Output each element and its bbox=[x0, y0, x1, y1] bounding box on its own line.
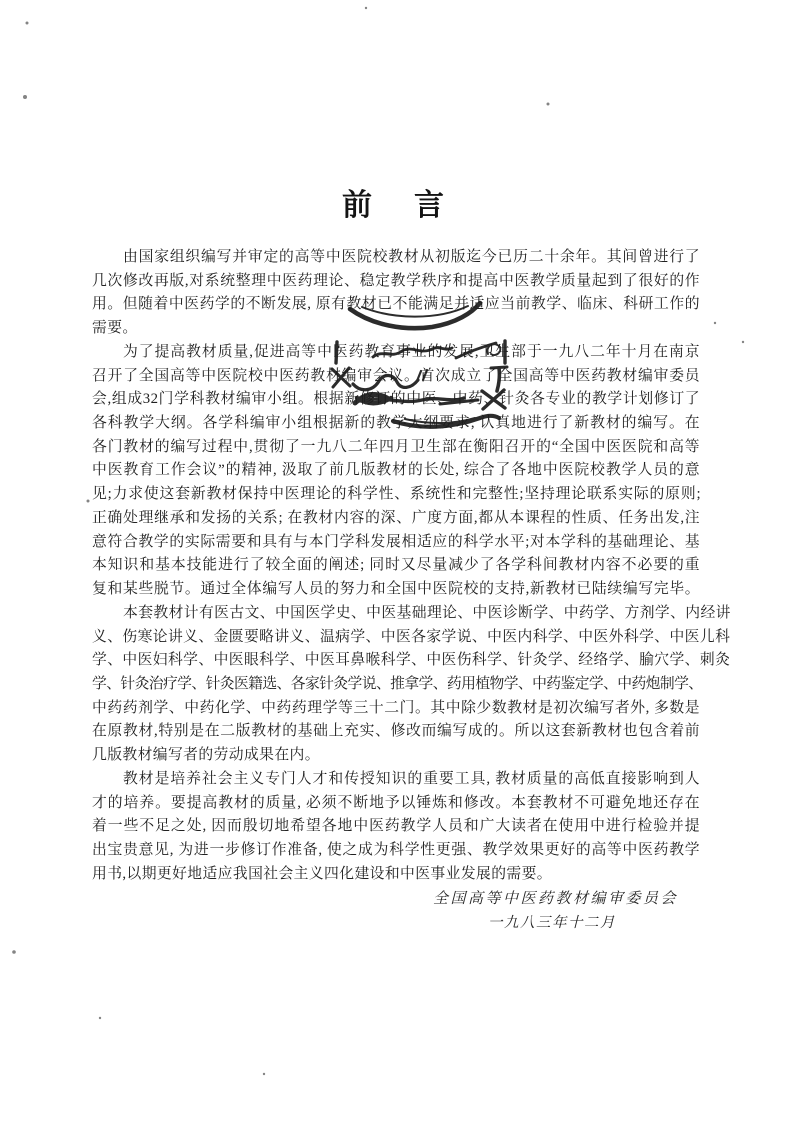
text-line: 为了提高教材质量,促进高等中医药教育事业的发展,卫生部于一九八二年十月在南京 bbox=[92, 341, 700, 365]
paragraph-2: 为了提高教材质量,促进高等中医药教育事业的发展,卫生部于一九八二年十月在南京 召… bbox=[92, 341, 700, 602]
page-title: 前 言 bbox=[92, 188, 700, 224]
text-line: 正确处理继承和发扬的关系; 在教材内容的深、广度方面,都从本课程的性质、任务出发… bbox=[92, 507, 700, 531]
text-line: 需要。 bbox=[92, 317, 700, 341]
text-column: 前 言 由国家组织编写并审定的高等中医院校教材从初版迄今已历二十余年。其间曾进行… bbox=[92, 188, 700, 935]
paragraph-4: 教材是培养社会主义专门人才和传授知识的重要工具, 教材质量的高低直接影响到人 才… bbox=[92, 768, 700, 887]
text-line: 着一些不足之处, 因而殷切地希望各地中医药教学人员和广大读者在使用中进行检验并提 bbox=[92, 815, 700, 839]
text-line: 几次修改再版,对系统整理中医药理论、稳定教学秩序和提高中医教学质量起到了很好的作 bbox=[92, 270, 700, 294]
text-line: 本套教材计有医古文、中国医学史、中医基础理论、中医诊断学、中药学、方剂学、内经讲 bbox=[92, 602, 700, 626]
text-line: 几版教材编写者的劳动成果在内。 bbox=[92, 744, 700, 768]
text-line: 在原教材,特别是在二版教材的基础上充实、修改而编写成的。所以这套新教材也包含着前 bbox=[92, 720, 700, 744]
text-line: 用。但随着中医药学的不断发展, 原有教材已不能满足并适应当前教学、临床、科研工作… bbox=[92, 293, 700, 317]
text-line: 各科教学大纲。各学科编审小组根据新的教学大纲要求, 认真地进行了新教材的编写。在 bbox=[92, 412, 700, 436]
text-line: 本知识和基本技能进行了较全面的阐述; 同时又尽量减少了各学科间教材内容不必要的重 bbox=[92, 554, 700, 578]
text-line: 见;力求使这套新教材保持中医理论的科学性、系统性和完整性;坚持理论联系实际的原则… bbox=[92, 483, 700, 507]
text-line: 才的培养。要提高教材的质量, 必须不断地予以锤炼和修改。本套教材不可避免地还存在 bbox=[92, 792, 700, 816]
signature-date: 一九八三年十二月 bbox=[92, 911, 700, 935]
paragraph-1: 由国家组织编写并审定的高等中医院校教材从初版迄今已历二十余年。其间曾进行了 几次… bbox=[92, 246, 700, 341]
text-line: 学、中医妇科学、中医眼科学、中医耳鼻喉科学、中医伤科学、针灸学、经络学、腧穴学、… bbox=[92, 649, 700, 673]
text-line: 各门教材的编写过程中,贯彻了一九八二年四月卫生部在衡阳召开的“全国中医医院和高等 bbox=[92, 436, 700, 460]
text-line: 义、伤寒论讲义、金匮要略讲义、温病学、中医各家学说、中医内科学、中医外科学、中医… bbox=[92, 626, 700, 650]
signature-committee: 全国高等中医药教材编审委员会 bbox=[92, 887, 700, 911]
scanned-preface-page: 前 言 由国家组织编写并审定的高等中医院校教材从初版迄今已历二十余年。其间曾进行… bbox=[0, 0, 793, 1122]
text-line: 中药药剂学、中药化学、中药药理学等三十二门。其中除少数教材是初次编写者外, 多数… bbox=[92, 697, 700, 721]
text-line: 由国家组织编写并审定的高等中医院校教材从初版迄今已历二十余年。其间曾进行了 bbox=[92, 246, 700, 270]
text-line: 复和某些脱节。通过全体编写人员的努力和全国中医院校的支持,新教材已陆续编写完毕。 bbox=[92, 578, 700, 602]
paragraph-3: 本套教材计有医古文、中国医学史、中医基础理论、中医诊断学、中药学、方剂学、内经讲… bbox=[92, 602, 700, 768]
text-line: 学、针灸治疗学、针灸医籍选、各家针灸学说、推拿学、药用植物学、中药鉴定学、中药炮… bbox=[92, 673, 700, 697]
text-line: 教材是培养社会主义专门人才和传授知识的重要工具, 教材质量的高低直接影响到人 bbox=[92, 768, 700, 792]
text-line: 意符合教学的实际需要和具有与本门学科发展相适应的科学水平;对本学科的基础理论、基 bbox=[92, 531, 700, 555]
text-line: 出宝贵意见, 为进一步修订作准备, 使之成为科学性更强、教学效果更好的高等中医药… bbox=[92, 839, 700, 863]
text-line: 会,组成32门学科教材编审小组。根据新修订的中医、中药、针灸各专业的教学计划修订… bbox=[92, 388, 700, 412]
text-line: 中医教育工作会议”的精神, 汲取了前几版教材的长处, 综合了各地中医院校教学人员… bbox=[92, 459, 700, 483]
text-line: 用书,以期更好地适应我国社会主义四化建设和中医事业发展的需要。 bbox=[92, 863, 700, 887]
text-line: 召开了全国高等中医院校中医药教材编审会议。首次成立了全国高等中医药教材编审委员 bbox=[92, 365, 700, 389]
